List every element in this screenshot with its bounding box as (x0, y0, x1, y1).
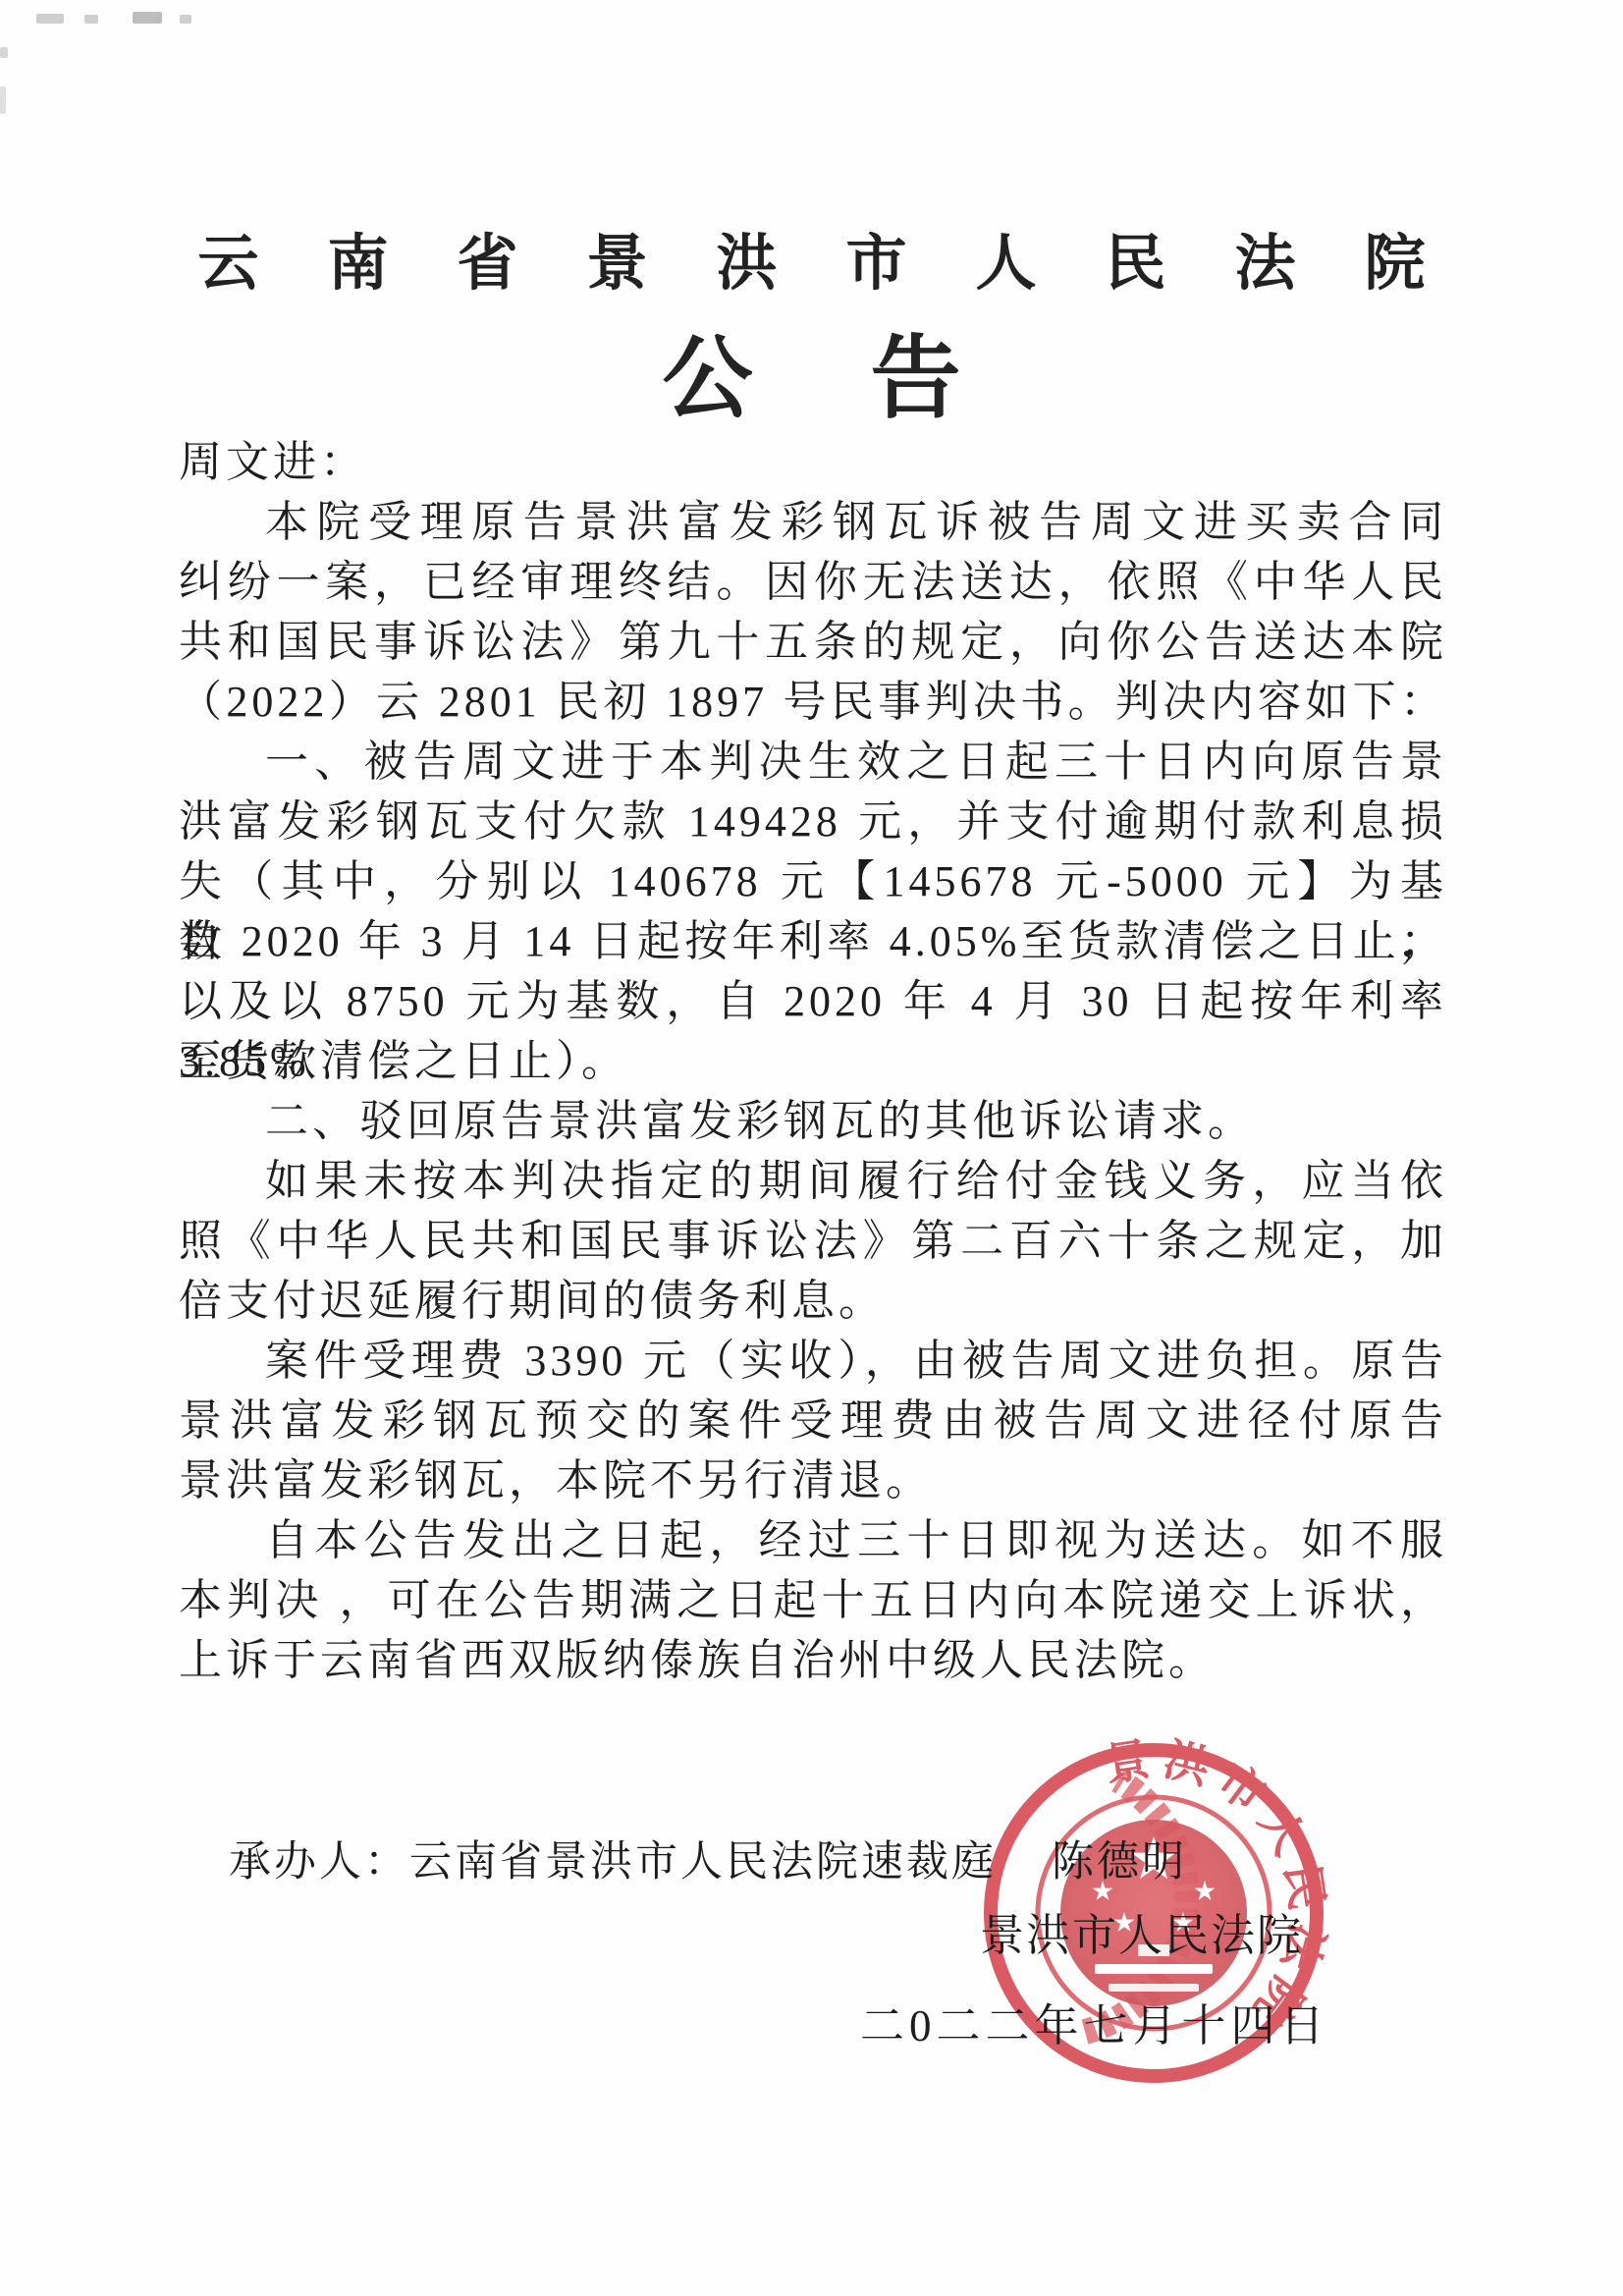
recipient-line: 周文进： (179, 432, 1447, 492)
court-title: 云南省景洪市人民法院 (0, 214, 1623, 301)
body-line: 二、驳回原告景洪富发彩钢瓦的其他诉讼请求。 (179, 1091, 1447, 1151)
body-line: 案件受理费 3390 元（实收），由被告周文进负担。原告 (179, 1331, 1447, 1391)
body-line: 失（其中，分别以 140678 元【145678 元-5000 元】为基数， (179, 851, 1447, 911)
scan-artifact (36, 14, 64, 24)
scan-artifact (84, 15, 98, 24)
handler-name: 陈德明 (1052, 1829, 1187, 1888)
scan-artifact (133, 12, 162, 24)
body-line: 以及以 8750 元为基数，自 2020 年 4 月 30 日起按年利率 3.8… (179, 971, 1447, 1031)
body-line: 自本公告发出之日起，经过三十日即视为送达。如不服 (179, 1510, 1447, 1570)
scan-artifact (0, 47, 8, 58)
body-line: 上诉于云南省西双版纳傣族自治州中级人民法院。 (179, 1630, 1447, 1690)
handler-label: 承办人：云南省景洪市人民法院速裁庭 (229, 1829, 997, 1888)
body-line: 共和国民事诉讼法》第九十五条的规定，向你公告送达本院 (179, 612, 1447, 672)
body-line: 本院受理原告景洪富发彩钢瓦诉被告周文进买卖合同 (179, 492, 1447, 552)
body-line: 一、被告周文进于本判决生效之日起三十日内向原告景 (179, 732, 1447, 792)
body-line: 洪富发彩钢瓦支付欠款 149428 元，并支付逾期付款利息损 (179, 792, 1447, 851)
body-line: 自 2020 年 3 月 14 日起按年利率 4.05%至货款清偿之日止； (179, 911, 1447, 971)
body-line: （2022）云 2801 民初 1897 号民事判决书。判决内容如下： (179, 672, 1447, 732)
body-line: 倍支付迟延履行期间的债务利息。 (179, 1271, 1447, 1331)
body-line: 至货款清偿之日止）。 (179, 1031, 1447, 1091)
body-line: 照《中华人民共和国民事诉讼法》第二百六十条之规定，加 (179, 1211, 1447, 1271)
body-line: 景洪富发彩钢瓦预交的案件受理费由被告周文进径付原告 (179, 1391, 1447, 1450)
notice-title: 公 告 (0, 306, 1623, 436)
scan-artifact (180, 15, 191, 24)
signature-date: 二0二二年七月十四日 (860, 1990, 1329, 2053)
body-line: 本判决 ，可在公告期满之日起十五日内向本院递交上诉状， (179, 1570, 1447, 1630)
handler-line: 承办人：云南省景洪市人民法院速裁庭 陈德明 (229, 1829, 1187, 1888)
scan-artifact (0, 86, 6, 114)
announcement-body: 周文进： 本院受理原告景洪富发彩钢瓦诉被告周文进买卖合同 纠纷一案，已经审理终结… (179, 432, 1447, 1690)
body-line: 纠纷一案，已经审理终结。因你无法送达，依照《中华人民 (179, 552, 1447, 612)
body-line: 如果未按本判决指定的期间履行给付金钱义务，应当依 (179, 1151, 1447, 1211)
announcement-page: 云南省景洪市人民法院 公 告 周文进： 本院受理原告景洪富发彩钢瓦诉被告周文进买… (0, 0, 1623, 2296)
signature-court-name: 景洪市人民法院 (980, 1899, 1303, 1963)
body-line: 景洪富发彩钢瓦，本院不另行清退。 (179, 1450, 1447, 1510)
emblem-gate-bar (1095, 1964, 1213, 1974)
